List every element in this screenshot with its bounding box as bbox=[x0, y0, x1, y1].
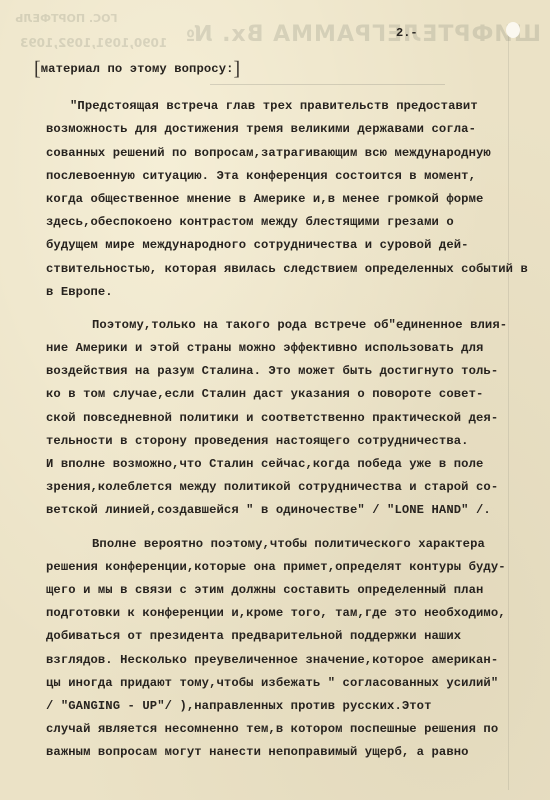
text-line: послевоенную ситуацию. Эта конференция с… bbox=[46, 165, 516, 188]
paragraph: Поэтому,только на такого рода встрече об… bbox=[46, 314, 516, 523]
text-line: добиваться от президента предварительной… bbox=[46, 625, 516, 648]
text-line: решения конференции,которые она примет,о… bbox=[46, 556, 516, 579]
text-line: тельности в сторону проведения настоящег… bbox=[46, 430, 516, 453]
opening-text: материал по этому вопросу: bbox=[41, 62, 234, 76]
text-line: важным вопросам могут нанести непоправим… bbox=[46, 741, 516, 764]
text-line: И вполне возможно,что Сталин сейчас,когд… bbox=[46, 453, 516, 476]
text-line: здесь,обеспокоено контрастом между блест… bbox=[46, 211, 516, 234]
text-line: сованных решений по вопросам,затрагивающ… bbox=[46, 142, 516, 165]
bleed-through-stamp: ГОС. ПОРТФЕЛЬ bbox=[15, 12, 118, 25]
paragraph: Вполне вероятно поэтому,чтобы политическ… bbox=[46, 533, 516, 765]
text-line: / "GANGING - UP"/ ),направленных против … bbox=[46, 695, 516, 718]
text-line: взглядов. Несколько преувеличенное значе… bbox=[46, 649, 516, 672]
text-line: подготовки к конференции и,кроме того, т… bbox=[46, 602, 516, 625]
text-line: ко в том случае,если Сталин даст указани… bbox=[46, 383, 516, 406]
text-line: Поэтому,только на такого рода встрече об… bbox=[46, 314, 516, 337]
text-line: Вполне вероятно поэтому,чтобы политическ… bbox=[46, 533, 516, 556]
text-line: цы иногда придают тому,чтобы избежать " … bbox=[46, 672, 516, 695]
bracket-mark-left: [ bbox=[34, 58, 41, 80]
bleed-through-numbers: 1090,1091,1092,1093 bbox=[20, 36, 167, 50]
page-number: 2.- bbox=[396, 26, 418, 40]
paragraphs: "Предстоящая встреча глав трех правитель… bbox=[46, 95, 516, 764]
text-line: "Предстоящая встреча глав трех правитель… bbox=[46, 95, 516, 118]
text-line: ние Америки и этой страны можно эффектив… bbox=[46, 337, 516, 360]
text-line: возможность для достижения тремя великим… bbox=[46, 118, 516, 141]
text-line: когда общественное мнение в Америке и,в … bbox=[46, 188, 516, 211]
text-line: воздействия на разум Сталина. Это может … bbox=[46, 360, 516, 383]
text-line: в Европе. bbox=[46, 281, 516, 304]
text-line: ветской линией,создавшейся " в одиночест… bbox=[46, 499, 516, 522]
text-line: зрения,колеблется между политикой сотруд… bbox=[46, 476, 516, 499]
text-line: будущем мире международного сотрудничест… bbox=[46, 234, 516, 257]
bracket-mark-right: ] bbox=[234, 58, 241, 80]
paragraph: "Предстоящая встреча глав трех правитель… bbox=[46, 95, 516, 304]
text-line: ствительностью, которая явилась следстви… bbox=[46, 258, 516, 281]
opening-line: [материал по этому вопросу:] bbox=[34, 58, 516, 81]
text-line: щего и мы в связи с этим должны составит… bbox=[46, 579, 516, 602]
text-line: случай является несомненно тем,в котором… bbox=[46, 718, 516, 741]
bleed-through-title: ШИФРТЕЛЕГРАММА Вх. № bbox=[185, 22, 541, 47]
text-line: ской повседневной политики и соответстве… bbox=[46, 407, 516, 430]
punch-hole bbox=[506, 22, 520, 38]
document-body: [материал по этому вопросу:] "Предстояща… bbox=[46, 58, 516, 764]
